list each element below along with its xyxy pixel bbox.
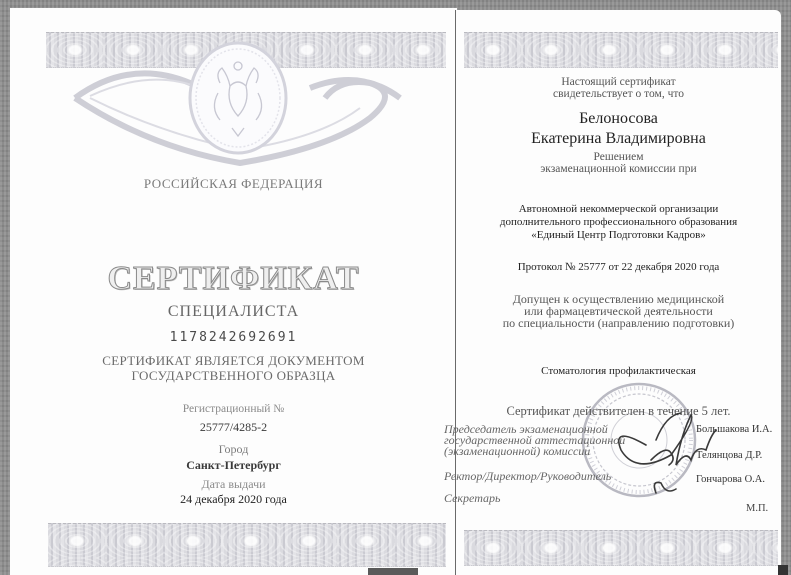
signatory-name-commission: Телянцова Д.Р. [696,450,762,461]
state-document-notice: СЕРТИФИКАТ ЯВЛЯЕТСЯ ДОКУМЕНТОМ ГОСУДАРСТ… [10,353,457,383]
intro-text: Настоящий сертификат свидетельствует о т… [456,76,781,100]
ornament-emblem-icon [70,38,410,168]
certificate-title: СЕРТИФИКАТ [10,260,457,298]
intro-line-1: Настоящий сертификат [456,76,781,88]
admission-line-3: по специальности (направлению подготовки… [456,317,781,329]
registration-label: Регистрационный № [10,403,457,415]
guilloche-band-bottom [464,530,778,566]
holder-name: Белоносова Екатерина Владимировна [456,109,781,149]
decision-line-1: Решением [456,151,781,163]
seal-placeholder-label: М.П. [746,503,768,514]
signatory-role-secretary: Секретарь [444,493,500,504]
signatory-role-director: Ректор/Директор/Руководитель [444,471,611,482]
guilloche-band-top [464,32,778,68]
city-value: Санкт-Петербург [10,458,457,473]
decision-line-2: экзаменационной комиссии при [456,163,781,175]
certificate-cover-page: РОССИЙСКАЯ ФЕДЕРАЦИЯ СЕРТИФИКАТ СПЕЦИАЛИ… [10,8,457,575]
state-document-line-2: ГОСУДАРСТВЕННОГО ОБРАЗЦА [10,368,457,383]
decision-text: Решением экзаменационной комиссии при [456,151,781,175]
serial-number: 1178242692691 [10,330,457,345]
registration-number: 25777/4285-2 [10,420,457,435]
issue-date: 24 декабря 2020 года [10,492,457,507]
organization-name: Автономной некоммерческой организации до… [456,203,781,242]
organization-line-3: «Единый Центр Подготовки Кадров» [456,229,781,242]
admission-text: Допущен к осуществлению медицинской или … [456,293,781,329]
certificate-details-page: Настоящий сертификат свидетельствует о т… [455,10,781,575]
organization-line-2: дополнительного профессионального образо… [456,216,781,229]
protocol-info: Протокол № 25777 от 22 декабря 2020 года [456,261,781,273]
scan-shadow-tab [368,568,418,575]
organization-line-1: Автономной некоммерческой организации [456,203,781,216]
signatory-name-director: Гончарова О.А. [696,474,765,485]
holder-given-names: Екатерина Владимировна [456,129,781,149]
country-name: РОССИЙСКАЯ ФЕДЕРАЦИЯ [10,176,457,192]
signatory-name-chair: Большакова И.А. [696,424,772,435]
intro-line-2: свидетельствует о том, что [456,88,781,100]
guilloche-band-bottom [48,523,446,567]
signatory-role-commission: (экзаменационной) комиссии [444,446,590,457]
issue-date-label: Дата выдачи [10,477,457,492]
scan-corner-mark [778,565,788,575]
holder-surname: Белоносова [456,109,781,129]
specialty: Стоматология профилактическая [456,365,781,377]
certificate-subtitle: СПЕЦИАЛИСТА [10,303,457,321]
state-document-line-1: СЕРТИФИКАТ ЯВЛЯЕТСЯ ДОКУМЕНТОМ [10,353,457,368]
validity-period: Сертификат действителен в течение 5 лет. [456,404,781,419]
city-label: Город [10,442,457,457]
